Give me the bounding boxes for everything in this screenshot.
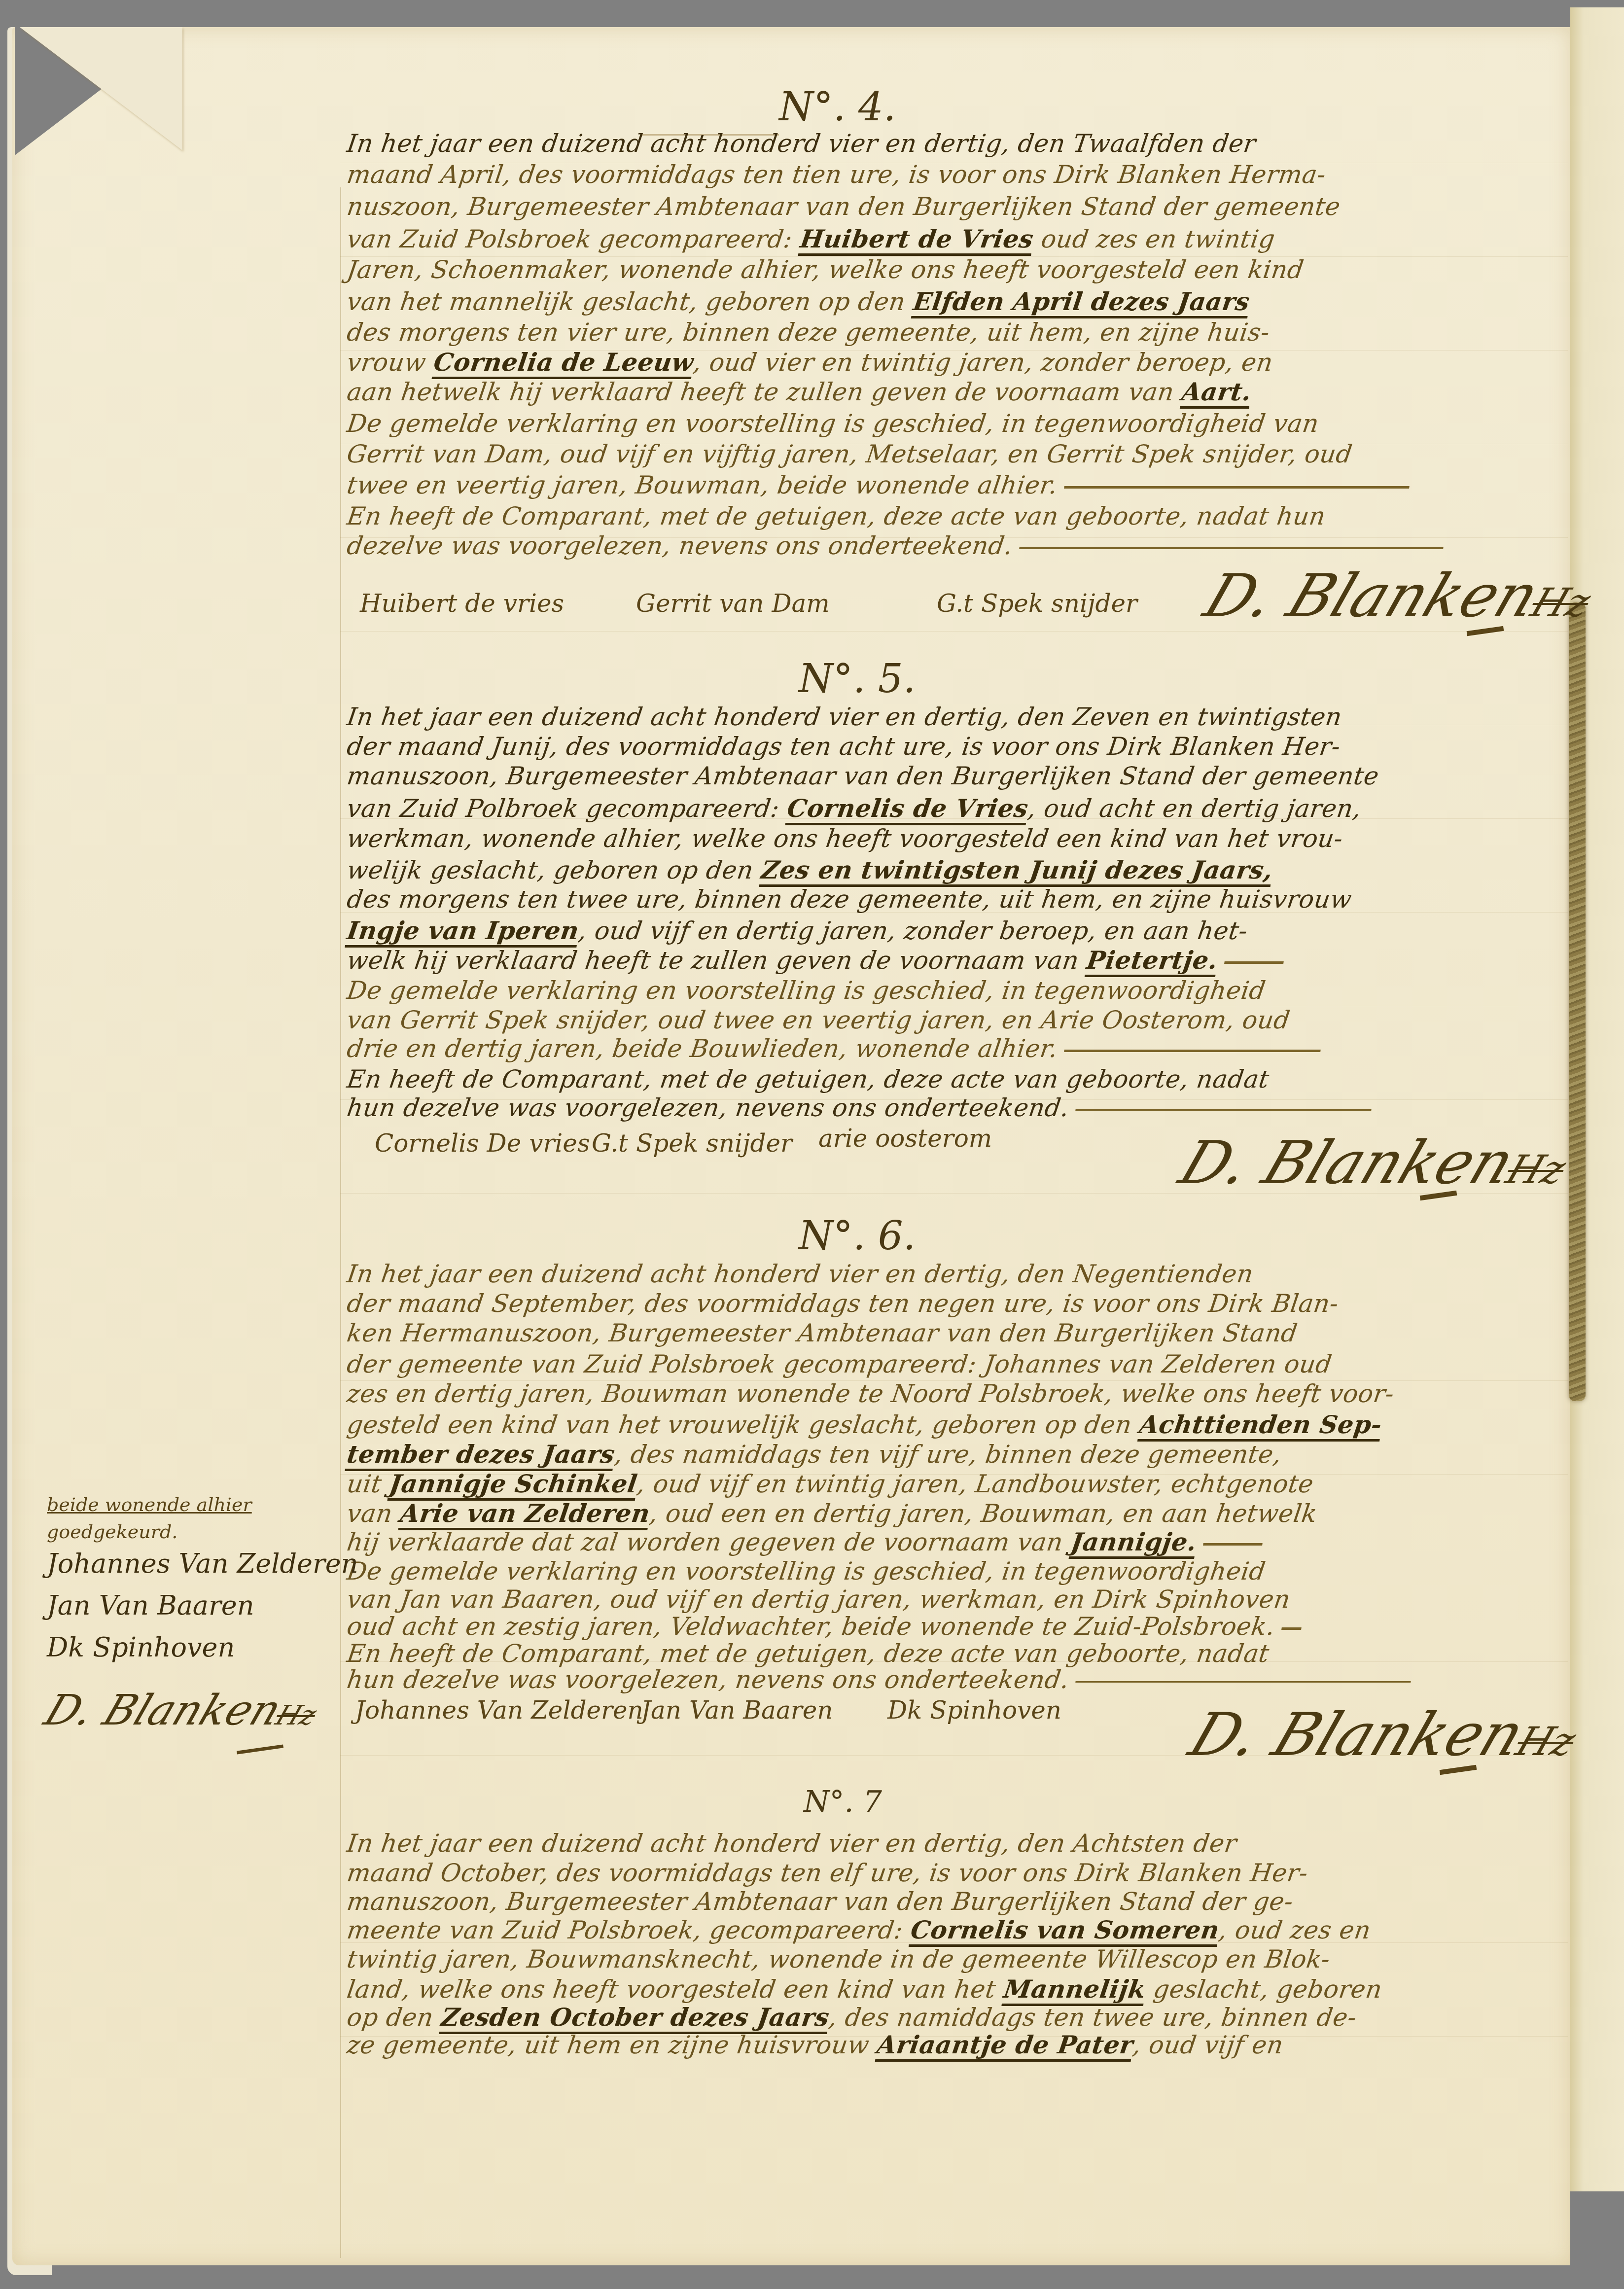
signature: Cornelis De vries <box>375 1129 590 1158</box>
margin-registrar-signature: D. BlankenHz <box>38 1686 326 1735</box>
margin-signature: Johannes Van Zelderen <box>47 1548 358 1579</box>
entry-7-line: op den Zesden October dezes Jaars, des n… <box>345 2003 1358 2032</box>
entry-4-line: Jaren, Schoenmaker, wonende alhier, welk… <box>345 255 1306 284</box>
mother-name: Ariaantje de Pater <box>875 2030 1135 2059</box>
entry-5-line: van Gerrit Spek snijder, oud twee en vee… <box>345 1006 1292 1034</box>
entry-6-line: der maand September, des voormiddags ten… <box>345 1289 1341 1318</box>
birth-date: Zesden October dezes Jaars <box>439 2003 831 2032</box>
entry-7-line: land, welke ons heeft voorgesteld een ki… <box>345 1974 1384 2004</box>
mother-name: Jannigje Schinkel <box>388 1469 639 1498</box>
entry-5-line: der maand Junij, des voormiddags ten ach… <box>345 732 1342 761</box>
entry-5-number: N°. 5. <box>799 656 916 702</box>
father-name: Cornelis van Someren <box>909 1915 1221 1944</box>
entry-4-line: des morgens ten vier ure, binnen deze ge… <box>345 318 1271 347</box>
margin-rule <box>340 187 341 2258</box>
entry-7-number: N°. 7 <box>804 1785 882 1819</box>
entry-5-line: In het jaar een duizend acht honderd vie… <box>345 703 1344 731</box>
signature: Huibert de vries <box>360 589 564 618</box>
child-name: Pietertje. <box>1085 946 1219 975</box>
entry-5-line: welijk geslacht, geboren op den Zes en t… <box>345 855 1275 884</box>
entry-6-line: hij verklaarde dat zal worden gegeven de… <box>345 1527 1265 1556</box>
entry-4-line: In het jaar een duizend acht honderd vie… <box>345 129 1258 158</box>
entry-6-line: De gemelde verklaring en voorstelling is… <box>345 1557 1268 1585</box>
ruled-line <box>340 631 1568 632</box>
registrar-signature: D. BlankenHz <box>1181 1701 1589 1769</box>
entry-6-number: N°. 6. <box>799 1213 916 1259</box>
birth-date: Zes en twintigsten Junij dezes Jaars, <box>759 855 1274 884</box>
signature: G.t Spek snijder <box>937 589 1137 618</box>
entry-6-line: In het jaar een duizend acht honderd vie… <box>345 1260 1255 1288</box>
entry-4-line: twee en veertig jaren, Bouwman, beide wo… <box>345 471 1412 499</box>
entry-5-line: Ingje van Iperen, oud vijf en dertig jar… <box>345 916 1249 945</box>
entry-4-line: van het mannelijk geslacht, geboren op d… <box>345 287 1252 316</box>
father-name: Huibert de Vries <box>798 224 1035 253</box>
entry-5-line: werkman, wonende alhier, welke ons heeft… <box>345 824 1345 853</box>
entry-6-line: tember dezes Jaars, des namiddags ten vi… <box>345 1440 1283 1469</box>
entry-4-line: maand April, des voormiddags ten tien ur… <box>345 160 1328 189</box>
binding-cord <box>1569 602 1586 1401</box>
entry-4-line: vrouw Cornelia de Leeuw, oud vier en twi… <box>345 348 1275 377</box>
mother-name: Cornelia de Leeuw <box>432 348 696 377</box>
entry-6-line: uit Jannigje Schinkel, oud vijf en twint… <box>345 1469 1315 1498</box>
birth-date: Achttienden Sep- <box>1138 1410 1384 1439</box>
entry-4-line: aan hetwelk hij verklaard heeft te zulle… <box>345 377 1253 406</box>
mother-name: Ingje van Iperen <box>345 916 581 945</box>
entry-7-line: twintig jaren, Bouwmansknecht, wonende i… <box>345 1945 1332 1973</box>
entry-5-line: De gemelde verklaring en voorstelling is… <box>345 976 1268 1005</box>
child-sex: Mannelijk <box>1002 1974 1148 2004</box>
entry-7-line: In het jaar een duizend acht honderd vie… <box>345 1829 1238 1858</box>
entry-5-line: hun dezelve was voorgelezen, nevens ons … <box>345 1093 1374 1122</box>
signature: Gerrit van Dam <box>636 589 830 618</box>
signature: G.t Spek snijder <box>592 1129 792 1158</box>
entry-6-line: ken Hermanuszoon, Burgemeester Ambtenaar… <box>345 1319 1300 1347</box>
entry-4-line: En heeft de Comparant, met de getuigen, … <box>345 502 1328 530</box>
entry-5-line: drie en dertig jaren, beide Bouwlieden, … <box>345 1034 1323 1063</box>
entry-5-line: des morgens ten twee ure, binnen deze ge… <box>345 885 1354 914</box>
entry-6-line: der gemeente van Zuid Polsbroek gecompar… <box>345 1350 1334 1378</box>
entry-4-line: van Zuid Polsbroek gecompareerd: Huibert… <box>345 224 1277 253</box>
entry-4-line: nuszoon, Burgemeester Ambtenaar van den … <box>345 192 1342 221</box>
margin-note-line: beide wonende alhier <box>47 1494 252 1515</box>
entry-7-line: manuszoon, Burgemeester Ambtenaar van de… <box>345 1887 1295 1916</box>
entry-6-line: van Arie van Zelderen, oud een en dertig… <box>345 1499 1319 1528</box>
birth-date: Elfden April dezes Jaars <box>911 287 1251 316</box>
entry-6-line: hun dezelve was voorgelezen, nevens ons … <box>345 1665 1413 1694</box>
signature: arie oosterom <box>818 1124 992 1153</box>
father-name: Cornelis de Vries <box>785 794 1030 823</box>
entry-7-line: maand October, des voormiddags ten elf u… <box>345 1859 1310 1887</box>
entry-6-line: gesteld een kind van het vrouwelijk gesl… <box>345 1410 1384 1439</box>
entry-7-line: meente van Zuid Polsbroek, gecompareerd:… <box>345 1915 1373 1944</box>
birth-date-continued: tember dezes Jaars <box>345 1440 617 1469</box>
entry-4-line: dezelve was voorgelezen, nevens ons onde… <box>345 531 1446 560</box>
entry-4-number: N°. 4. <box>779 84 896 130</box>
signature: Jan Van Baaren <box>641 1696 833 1725</box>
child-name: Jannigje. <box>1069 1527 1199 1556</box>
registrar-signature: D. BlankenHz <box>1196 562 1603 631</box>
entry-6-line: van Jan van Baaren, oud vijf en dertig j… <box>345 1585 1292 1614</box>
entry-6-line: En heeft de Comparant, met de getuigen, … <box>345 1639 1271 1668</box>
entry-5-line: manuszoon, Burgemeester Ambtenaar van de… <box>345 762 1381 790</box>
entry-7-line: ze gemeente, uit hem en zijne huisvrouw … <box>345 2030 1285 2059</box>
margin-signature: Jan Van Baaren <box>47 1590 254 1621</box>
child-name: Aart. <box>1180 377 1254 406</box>
registrar-signature: D. BlankenHz <box>1171 1129 1579 1197</box>
entry-6-line: zes en dertig jaren, Bouwman wonende te … <box>345 1379 1396 1408</box>
entry-6-line: oud acht en zestig jaren, Veldwachter, b… <box>345 1612 1304 1641</box>
entry-4-line: De gemelde verklaring en voorstelling is… <box>345 409 1321 438</box>
father-name: Arie van Zelderen <box>398 1499 652 1528</box>
margin-note-line: goedgekeurd. <box>47 1521 177 1543</box>
entry-5-line: welk hij verklaard heeft te zullen geven… <box>345 946 1286 975</box>
entry-5-line: van Zuid Polbroek gecompareerd: Cornelis… <box>345 794 1363 823</box>
margin-signature: Dk Spinhoven <box>47 1632 235 1663</box>
entry-4-line: Gerrit van Dam, oud vijf en vijftig jare… <box>345 440 1354 468</box>
entry-5-line: En heeft de Comparant, met de getuigen, … <box>345 1065 1271 1093</box>
folded-corner <box>20 27 182 150</box>
signature: Dk Spinhoven <box>887 1696 1061 1725</box>
signature: Johannes Van Zelderen <box>355 1696 643 1725</box>
